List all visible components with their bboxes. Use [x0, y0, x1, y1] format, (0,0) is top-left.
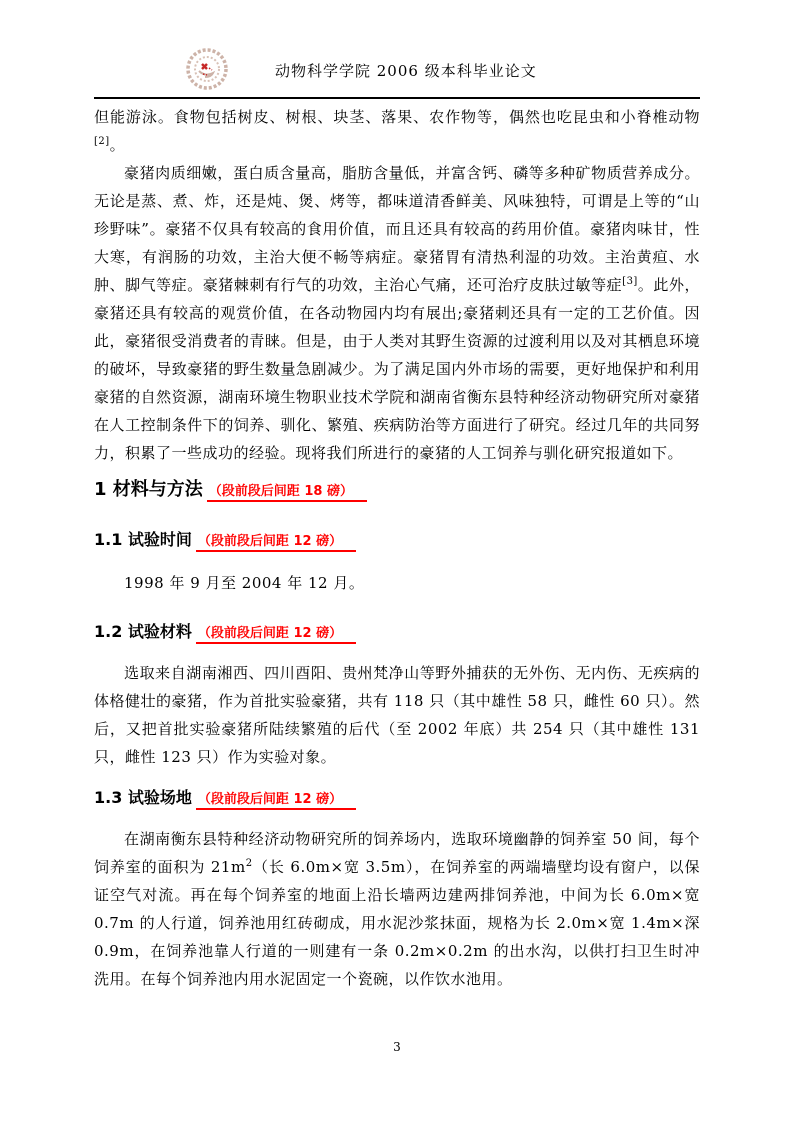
spacing-annotation-12pt: （段前段后间距 12 磅） — [196, 626, 356, 644]
superscript-squared: 2 — [246, 858, 253, 869]
heading-text: 1.3 试验场地 — [94, 788, 192, 807]
paragraph-test-time: 1998 年 9 月至 2004 年 12 月。 — [94, 569, 700, 597]
spacing-annotation-12pt: （段前段后间距 12 磅） — [196, 534, 356, 552]
paragraph-text: （长 6.0m×宽 3.5m），在饲养室的两端墙壁均设有窗户，以保证空气对流。再… — [94, 858, 700, 988]
citation-ref-2: [2] — [94, 136, 110, 147]
page-header: 动物科学学院 2006 级本科毕业论文 — [94, 45, 700, 99]
paragraph-text: 。 — [110, 136, 126, 154]
paragraph-text: 豪猪肉质细嫩，蛋白质含量高，脂肪含量低，并富含钙、磷等多种矿物质营养成分。无论是… — [94, 164, 700, 294]
paragraph-continuation: 但能游泳。食物包括树皮、树根、块茎、落果、农作物等，偶然也吃昆虫和小脊椎动物[2… — [94, 103, 700, 159]
paragraph-intro: 豪猪肉质细嫩，蛋白质含量高，脂肪含量低，并富含钙、磷等多种矿物质营养成分。无论是… — [94, 159, 700, 467]
spacing-annotation-18pt: （段前段后间距 18 磅） — [207, 484, 367, 502]
heading-section-1: 1 材料与方法（段前段后间距 18 磅） — [94, 475, 700, 507]
document-page: 动物科学学院 2006 级本科毕业论文 但能游泳。食物包括树皮、树根、块茎、落果… — [0, 0, 794, 1123]
citation-ref-3: [3] — [622, 276, 638, 287]
heading-text: 1 材料与方法 — [94, 479, 203, 500]
paragraph-test-material: 选取来自湖南湘西、四川酉阳、贵州梵净山等野外捕获的无外伤、无内伤、无疾病的体格健… — [94, 659, 700, 771]
header-title: 动物科学学院 2006 级本科毕业论文 — [275, 60, 537, 81]
heading-text: 1.2 试验材料 — [94, 622, 192, 641]
paragraph-text: 但能游泳。食物包括树皮、树根、块茎、落果、农作物等，偶然也吃昆虫和小脊椎动物 — [94, 108, 700, 126]
heading-section-1-1: 1.1 试验时间（段前段后间距 12 磅） — [94, 527, 700, 555]
heading-text: 1.1 试验时间 — [94, 530, 192, 549]
page-number: 3 — [0, 1040, 794, 1054]
paragraph-test-site: 在湖南衡东县特种经济动物研究所的饲养场内，选取环境幽静的饲养室 50 间，每个饲… — [94, 825, 700, 993]
spacing-annotation-12pt: （段前段后间距 12 磅） — [196, 792, 356, 810]
heading-section-1-3: 1.3 试验场地（段前段后间距 12 磅） — [94, 785, 700, 813]
paragraph-text: 。此外，豪猪还具有较高的观赏价值，在各动物园内均有展出;豪猪刺还具有一定的工艺价… — [94, 276, 700, 462]
heading-section-1-2: 1.2 试验材料（段前段后间距 12 磅） — [94, 619, 700, 647]
university-seal-icon — [185, 47, 229, 91]
